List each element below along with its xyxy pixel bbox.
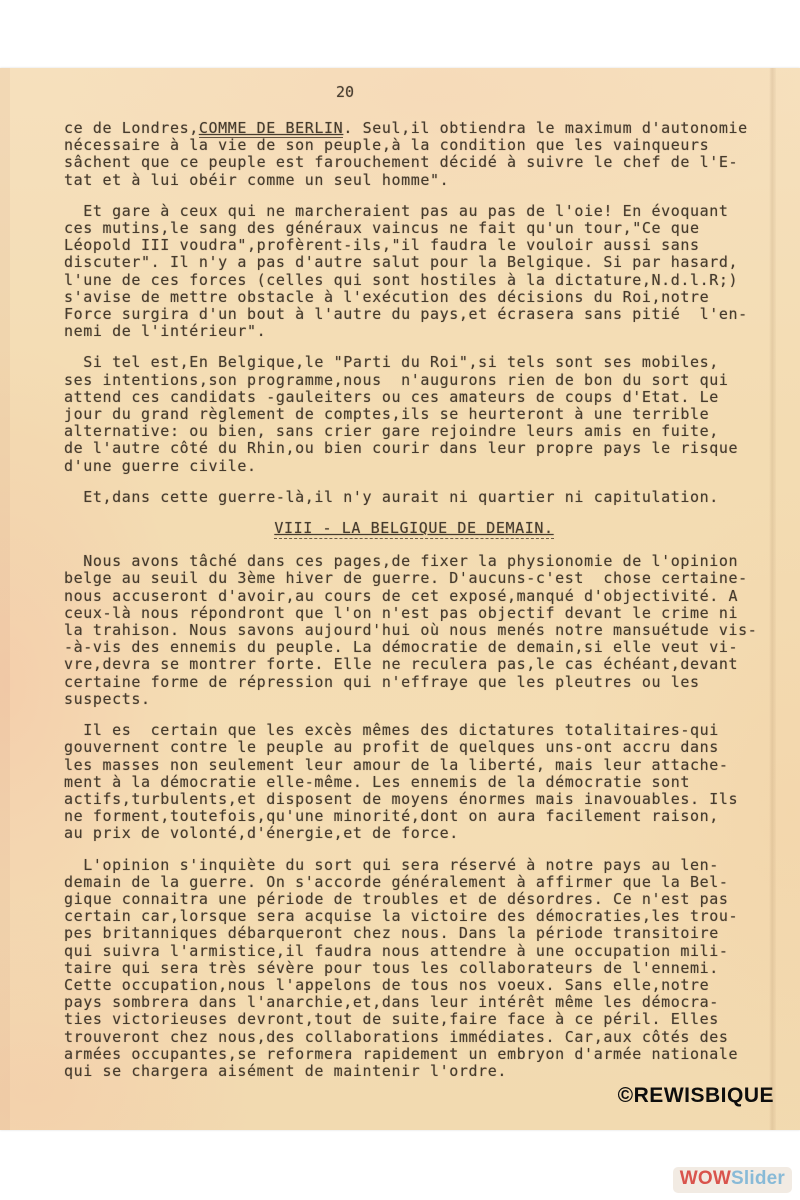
paragraph-3: Si tel est,En Belgique,le "Parti du Roi"… xyxy=(64,354,764,474)
section-heading-viii: VIII - LA BELGIQUE DE DEMAIN. xyxy=(64,520,764,539)
scanned-document-page: 20 ce de Londres,COMME DE BERLIN. Seul,i… xyxy=(0,68,800,1130)
paragraph-7: L'opinion s'inquiète du sort qui sera ré… xyxy=(64,857,764,1081)
page-fold-line xyxy=(769,68,776,1130)
copyright-watermark: ©REWISBIQUE xyxy=(618,1084,774,1108)
paragraph-2: Et gare à ceux qui ne marcheraient pas a… xyxy=(64,203,764,341)
section-heading-text: VIII - LA BELGIQUE DE DEMAIN. xyxy=(274,520,553,539)
paragraph-4: Et,dans cette guerre-là,il n'y aurait ni… xyxy=(64,489,764,506)
paragraph-1: ce de Londres,COMME DE BERLIN. Seul,il o… xyxy=(64,120,764,189)
wowslider-badge[interactable]: WOWSlider xyxy=(673,1167,792,1193)
page-number: 20 xyxy=(336,83,354,101)
paragraph-5: Nous avons tâché dans ces pages,de fixer… xyxy=(64,553,764,708)
document-body-text: ce de Londres,COMME DE BERLIN. Seul,il o… xyxy=(64,120,764,1094)
page-left-edge-shade xyxy=(0,68,10,1130)
paragraph-1-lead: ce de Londres, xyxy=(64,119,199,137)
wowslider-slider-text: Slider xyxy=(731,1168,785,1189)
paragraph-6: Il es certain que les excès mêmes des di… xyxy=(64,722,764,842)
wowslider-wow-text: WOW xyxy=(680,1168,731,1189)
